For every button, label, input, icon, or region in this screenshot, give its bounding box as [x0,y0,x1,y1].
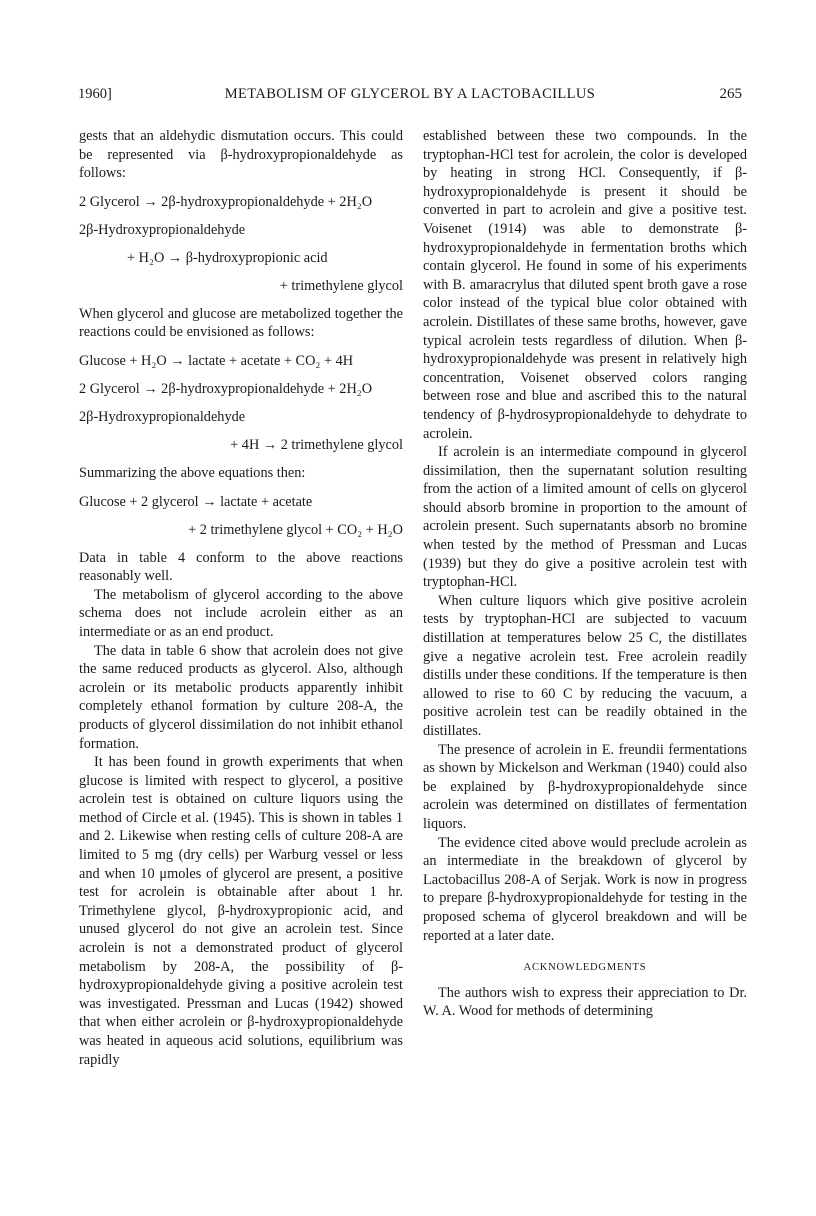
paragraph: The authors wish to express their apprec… [423,984,747,1021]
equation-line: 2 Glycerol → 2β-hydroxypropionaldehyde +… [79,379,403,399]
running-head: 1960] METABOLISM OF GLYCEROL BY A LACTOB… [78,86,742,106]
paragraph: If acrolein is an intermediate compound … [423,443,747,592]
equation-line: + trimethylene glycol [79,276,403,296]
left-column: gests that an aldehydic dismutation occu… [79,127,403,1069]
paragraph: The data in table 6 show that acrolein d… [79,642,403,754]
equation-line: 2β-Hydroxypropionaldehyde [79,407,403,427]
equation-set-3: Glucose + 2 glycerol → lactate + acetate… [79,492,403,540]
paragraph: Summarizing the above equations then: [79,464,403,483]
paragraph: It has been found in growth experiments … [79,753,403,1069]
right-column: established between these two compounds.… [423,127,747,1021]
page-number: 265 [720,86,743,103]
equation-line: 2β-Hydroxypropionaldehyde [79,220,403,240]
equation-line: 2 Glycerol → 2β-hydroxypropionaldehyde +… [79,192,403,212]
paragraph: The presence of acrolein in E. freundii … [423,741,747,834]
paragraph: established between these two compounds.… [423,127,747,443]
paragraph: The metabolism of glycerol according to … [79,586,403,642]
equation-line: + H₂O → β-hydroxypropionic acid [79,248,403,268]
equation-set-2: Glucose + H₂O → lactate + acetate + CO₂ … [79,351,403,455]
paragraph: gests that an aldehydic dismutation occu… [79,127,403,183]
section-heading: ACKNOWLEDGMENTS [423,959,747,978]
equation-line: Glucose + 2 glycerol → lactate + acetate [79,492,403,512]
paragraph: When glycerol and glucose are metabolize… [79,305,403,342]
equation-set-1: 2 Glycerol → 2β-hydroxypropionaldehyde +… [79,192,403,296]
equation-line: Glucose + H₂O → lactate + acetate + CO₂ … [79,351,403,371]
paragraph: Data in table 4 conform to the above rea… [79,549,403,586]
equation-line: + 4H → 2 trimethylene glycol [79,435,403,455]
paragraph: When culture liquors which give positive… [423,592,747,741]
running-title: METABOLISM OF GLYCEROL BY A LACTOBACILLU… [78,86,742,103]
paragraph: The evidence cited above would preclude … [423,834,747,946]
equation-line: + 2 trimethylene glycol + CO₂ + H₂O [79,520,403,540]
journal-page: 1960] METABOLISM OF GLYCEROL BY A LACTOB… [0,0,816,1216]
